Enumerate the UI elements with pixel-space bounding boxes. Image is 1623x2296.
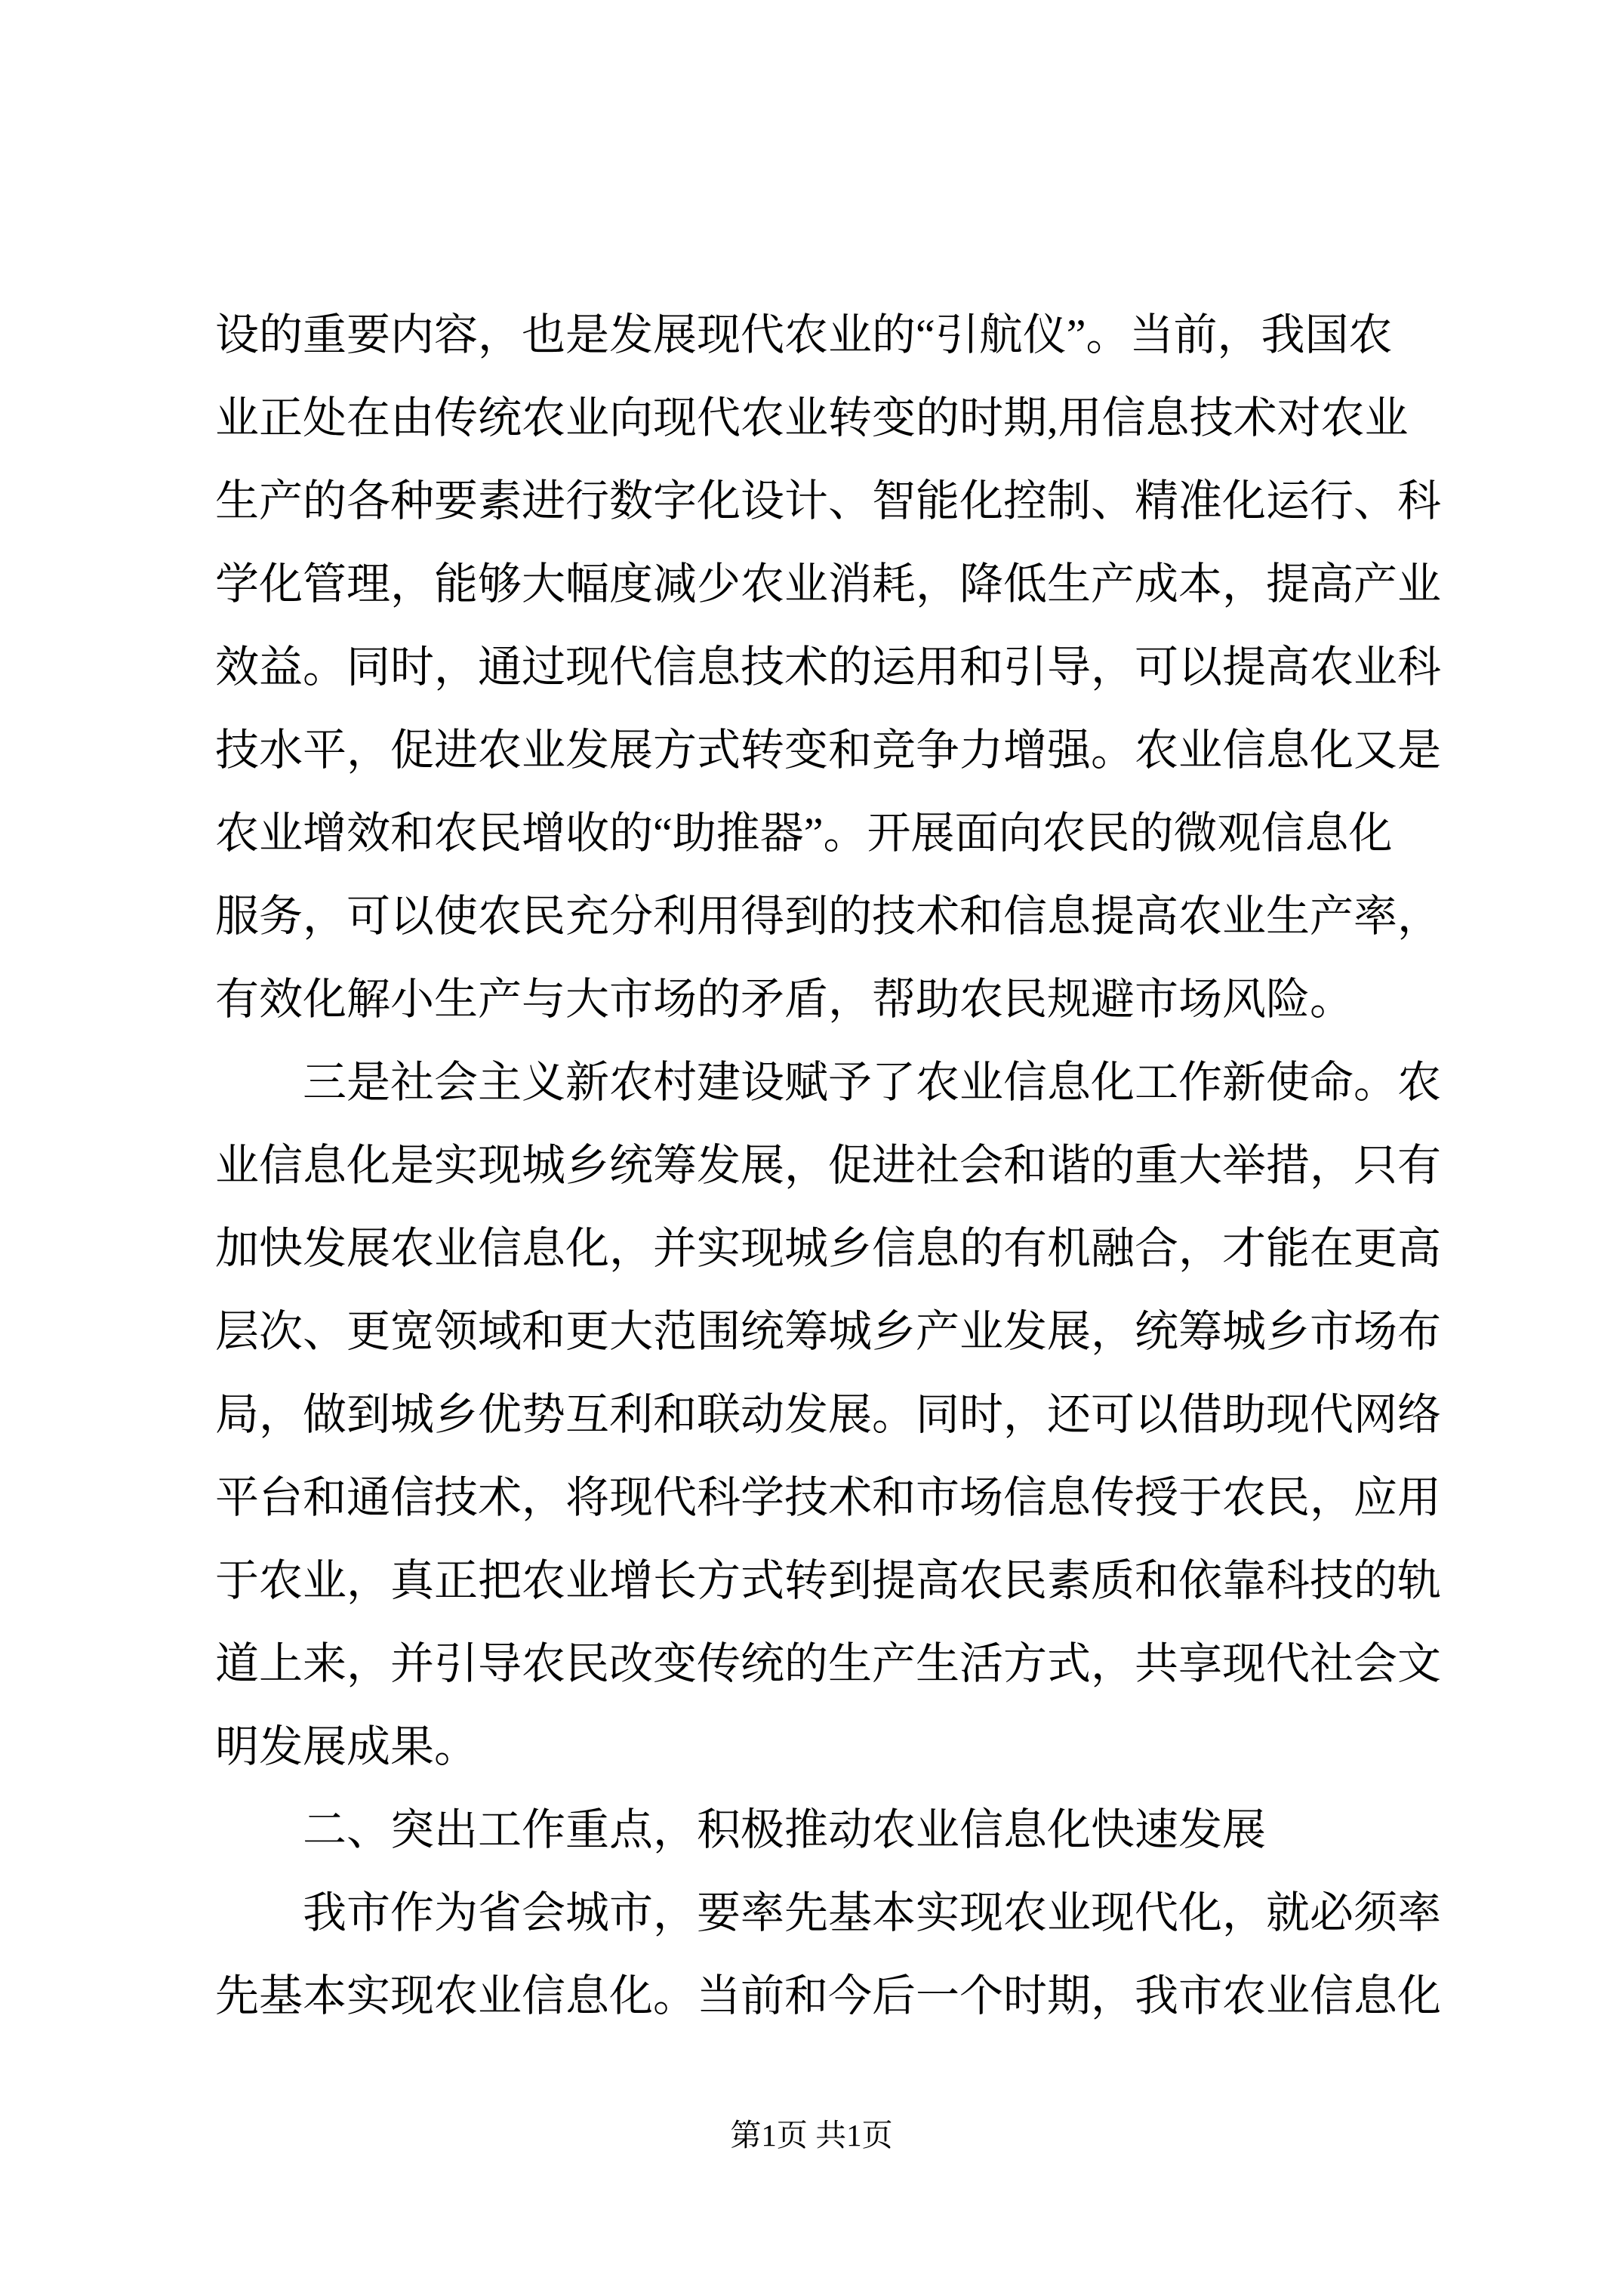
body-text-line: 技水平，促进农业发展方式转变和竞争力增强。农业信息化又是 xyxy=(215,709,1446,792)
body-text-line: 业信息化是实现城乡统筹发展，促进社会和谐的重大举措，只有 xyxy=(215,1124,1446,1207)
body-text-line: 先基本实现农业信息化。当前和今后一个时期，我市农业信息化 xyxy=(215,1955,1446,2038)
body-text-line: 于农业，真正把农业增长方式转到提高农民素质和依靠科技的轨 xyxy=(215,1539,1446,1623)
body-text-line: 农业增效和农民增收的“助推器”。开展面向农民的微观信息化 xyxy=(215,792,1446,875)
body-text-line: 生产的各种要素进行数字化设计、智能化控制、精准化运行、科 xyxy=(215,460,1446,543)
body-text-line: 服务，可以使农民充分利用得到的技术和信息提高农业生产率， xyxy=(215,875,1446,958)
document-page: 设的重要内容，也是发展现代农业的“引航仪”。当前，我国农 业正处在由传统农业向现… xyxy=(0,0,1623,2296)
body-text-line: 加快发展农业信息化，并实现城乡信息的有机融合，才能在更高 xyxy=(215,1207,1446,1290)
paragraph-first-line: 我市作为省会城市，要率先基本实现农业现代化，就必须率 xyxy=(215,1872,1446,1955)
paragraph-last-line: 明发展成果。 xyxy=(215,1706,1446,1789)
body-text-line: 业正处在由传统农业向现代农业转变的时期,用信息技术对农业 xyxy=(215,377,1446,460)
body-text-line: 效益。同时，通过现代信息技术的运用和引导，可以提高农业科 xyxy=(215,626,1446,709)
body-text-line: 设的重要内容，也是发展现代农业的“引航仪”。当前，我国农 xyxy=(215,294,1446,377)
body-text-line: 学化管理，能够大幅度减少农业消耗，降低生产成本，提高产业 xyxy=(215,543,1446,626)
body-text-line: 局，做到城乡优势互利和联动发展。同时，还可以借助现代网络 xyxy=(215,1373,1446,1456)
section-heading-line: 二、突出工作重点，积极推动农业信息化快速发展 xyxy=(215,1789,1446,1872)
paragraph-first-line: 三是社会主义新农村建设赋予了农业信息化工作新使命。农 xyxy=(215,1041,1446,1124)
body-text-line: 有效化解小生产与大市场的矛盾，帮助农民规避市场风险。 xyxy=(215,958,1446,1041)
body-text-line: 平台和通信技术，将现代科学技术和市场信息传授于农民，应用 xyxy=(215,1456,1446,1539)
page-number: 第1页 共1页 xyxy=(0,2113,1623,2158)
body-text-line: 道上来，并引导农民改变传统的生产生活方式，共享现代社会文 xyxy=(215,1623,1446,1706)
document-text-block: 设的重要内容，也是发展现代农业的“引航仪”。当前，我国农 业正处在由传统农业向现… xyxy=(215,294,1446,2038)
body-text-line: 层次、更宽领域和更大范围统筹城乡产业发展，统筹城乡市场布 xyxy=(215,1290,1446,1373)
